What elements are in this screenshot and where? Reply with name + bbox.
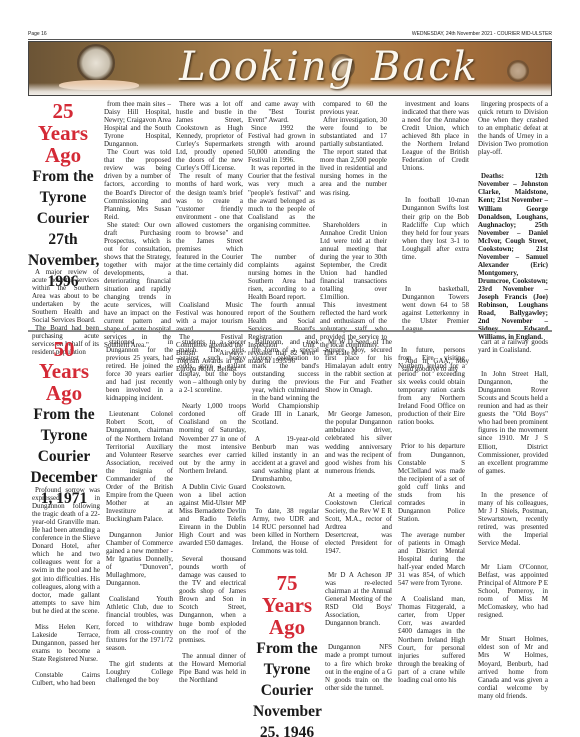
source-line: Tyrone	[28, 187, 98, 208]
article-paragraph: Miss Helen Kerr, Lakeside Terrace, Dunga…	[32, 623, 100, 663]
source-line: Courier	[28, 446, 100, 467]
article-column: from thee main sites – Daisy Hill Hospit…	[104, 100, 171, 349]
article-column: students to a soccer match. The girls, a…	[179, 338, 246, 684]
article-paragraph: Ballroom, and took the form of a special…	[252, 338, 319, 427]
source-line: From the	[28, 166, 98, 187]
article-paragraph: Dungannon Junior Chamber of Commerce gai…	[106, 531, 173, 587]
article-paragraph: A Coalisland man, Thomas Fitzgerald, a c…	[398, 595, 465, 684]
heading-ago: Ago	[28, 382, 100, 404]
article-paragraph: The girl students at Loughry College cha…	[106, 660, 173, 684]
article-paragraph: compared to 60 the previous year.	[320, 100, 387, 116]
heading-25-years: 25 Years Ago From the Tyrone Courier 27t…	[28, 100, 98, 292]
article-paragraph: In football 10-man Dungannon Swifts lost…	[402, 196, 469, 260]
heading-75-years: 75 Years Ago From the Tyrone Courier Nov…	[253, 572, 321, 737]
article-paragraph: It was reported in the Courier that the …	[248, 164, 315, 228]
article-paragraph: Several thousand pounds worth of damage …	[179, 555, 246, 644]
article-paragraph: investment and loans indicated that ther…	[402, 100, 469, 172]
article-column: Profound sorrow was expressed in Dungann…	[32, 486, 100, 687]
article-paragraph: The Court was told that the proposed rev…	[104, 148, 171, 220]
article-column: lingering prospects of a quick return to…	[478, 100, 548, 341]
article-paragraph: Profound sorrow was expressed in Dungann…	[32, 486, 100, 615]
article-paragraph: In future, persons from Eire visiting No…	[398, 346, 465, 426]
source-line: 25, 1946	[253, 722, 321, 737]
article-column: and came away with the "Best Tourist Eve…	[248, 100, 315, 365]
heading-years: 50 Years	[28, 338, 100, 382]
heading-50-years: 50 Years Ago From the Tyrone Courier Dec…	[28, 338, 100, 509]
article-paragraph: Nearly 1,000 troops cordoned off Coalisl…	[179, 402, 246, 474]
section-divider	[28, 330, 552, 332]
source-line: Tyrone	[253, 659, 321, 680]
article-paragraph: Lieutenant Colonel Robert Scott, of Dung…	[106, 410, 173, 523]
article-paragraph: The average number of patients in Omagh …	[398, 531, 465, 587]
article-paragraph: The result of many months of hard work, …	[176, 172, 243, 277]
source-line: November	[253, 701, 321, 722]
article-column: Ballroom, and took the form of a special…	[252, 338, 319, 555]
article-paragraph: In basketball, Dungannon Towers went dow…	[402, 285, 469, 333]
article-paragraph: In John Street Hall, Dungannon, the Dung…	[478, 370, 548, 475]
page-number: Page 16	[28, 31, 47, 37]
article-column: compared to 60 the previous year. After …	[320, 100, 387, 357]
article-column: investment and loans indicated that ther…	[402, 100, 469, 373]
source-line: Courier	[28, 208, 98, 229]
deaths-notice: Deaths: 12th November – Johnston Clarke,…	[478, 172, 548, 341]
heading-ago: Ago	[28, 144, 98, 166]
article-paragraph: In the presence of many of his colleague…	[478, 491, 548, 547]
article-column: Mr W D Seed, of The Square, Moy, secured…	[325, 338, 392, 692]
article-paragraph: The annual dinner of the Howard Memorial…	[179, 652, 246, 684]
banner-title: Looking Back	[169, 44, 489, 90]
article-paragraph: Dungannon NFS made a prompt turnout to a…	[325, 643, 392, 691]
article-paragraph: Coalisland Music Festival was honoured w…	[176, 301, 243, 333]
article-paragraph: cart at a railway goods yard in Coalisla…	[478, 338, 548, 354]
article-paragraph: from thee main sites – Daisy Hill Hospit…	[104, 100, 171, 148]
article-paragraph: Mr Liam O'Connor, Belfast, was appointed…	[478, 563, 548, 619]
article-paragraph: The report stated that more than 2,500 p…	[320, 148, 387, 196]
article-paragraph: A major review of acute hospital service…	[32, 268, 99, 324]
clock-icon	[507, 60, 529, 82]
source-line: From the	[28, 404, 100, 425]
source-line: Courier	[253, 680, 321, 701]
article-column: cart at a railway goods yard in Coalisla…	[478, 338, 548, 700]
article-column: In future, persons from Eire visiting No…	[398, 346, 465, 684]
article-paragraph: Shareholders in Annahoe Credit Union Ltd…	[320, 221, 387, 301]
article-paragraph: Mr Stuart Holmes, eldest son of Mr and M…	[478, 635, 548, 699]
article-paragraph: students to a soccer match. The girls, a…	[179, 338, 246, 394]
article-paragraph: Constable Cairns Culbert, who had been	[32, 671, 100, 687]
dateline: WEDNESDAY, 24th November 2021 - COURIER …	[412, 31, 552, 37]
heading-years: 25 Years	[28, 100, 98, 144]
article-paragraph: To date, 38 regular Army, two UDR and 14…	[252, 507, 319, 555]
article-paragraph: Mr D A Acheson JP was re-elected chairma…	[325, 571, 392, 627]
article-paragraph: A 19-year-old Benburb man was killed ins…	[252, 435, 319, 491]
article-column: stationed in Dungannon for the previous …	[106, 338, 173, 684]
article-paragraph: Prior to his departure from Dungannon, C…	[398, 442, 465, 522]
article-paragraph: Coalisland Youth Athletic Club, due to f…	[106, 595, 173, 651]
article-paragraph: Since 1992 the Festival had grown in str…	[248, 124, 315, 164]
article-paragraph: Mr George Jameson, the popular Dungannon…	[325, 410, 392, 474]
article-paragraph: stationed in Dungannon for the previous …	[106, 338, 173, 402]
source-line: Tyrone	[28, 425, 100, 446]
article-paragraph: The number of complaints against nursing…	[248, 253, 315, 301]
source-line: From the	[253, 638, 321, 659]
article-paragraph: Mr W D Seed, of The Square, Moy, secured…	[325, 338, 392, 394]
article-paragraph: A Dublin Civic Guard won a libel action …	[179, 483, 246, 547]
heading-ago: Ago	[253, 616, 321, 638]
article-paragraph: At a meeting of the Cookstown Clerical S…	[325, 491, 392, 555]
article-paragraph: and came away with the "Best Tourist Eve…	[248, 100, 315, 124]
hand-icon	[59, 80, 139, 90]
article-column: There was a lot off hustle and bustle in…	[176, 100, 243, 373]
article-paragraph: There was a lot off hustle and bustle in…	[176, 100, 243, 172]
source-line: 27th	[28, 229, 98, 250]
article-paragraph: After investigation, 30 were found to be…	[320, 116, 387, 148]
page-header: Page 16 WEDNESDAY, 24th November 2021 - …	[28, 30, 552, 40]
clock-icon	[77, 44, 115, 82]
looking-back-banner: Looking Back	[28, 41, 552, 96]
article-paragraph: lingering prospects of a quick return to…	[478, 100, 548, 156]
source-line: December	[28, 467, 100, 488]
heading-years: 75 Years	[253, 572, 321, 616]
